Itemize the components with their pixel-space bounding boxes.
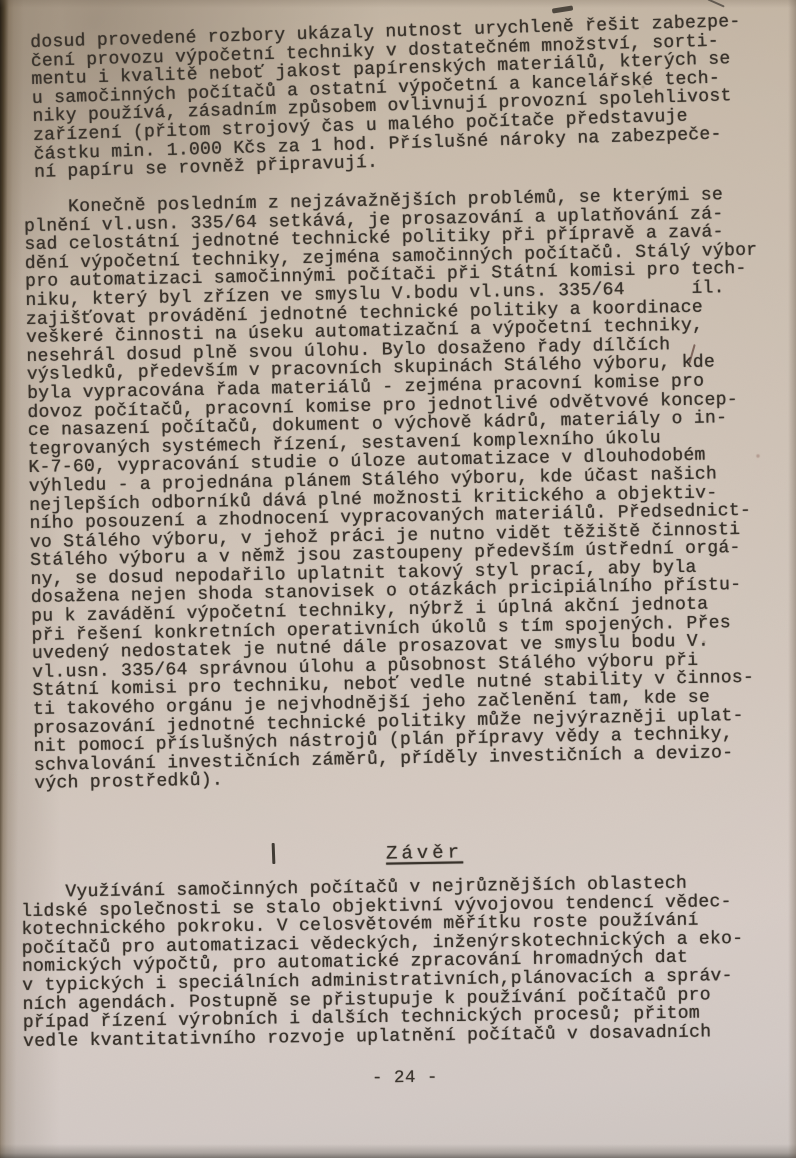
stray-vertical-bar-mark — [272, 843, 276, 864]
page-top-edge-shadow — [0, 0, 796, 8]
page-number: - 24 - — [372, 1068, 438, 1089]
paragraph-conclusion: Využívání samočinných počítačů v nejrůzn… — [21, 874, 745, 1051]
page-bottom-edge-shadow — [0, 1144, 796, 1158]
page-right-edge-shadow — [788, 0, 796, 1158]
corner-scratch-mark — [707, 0, 724, 8]
pen-dash-mark-top — [552, 5, 573, 13]
section-heading-zaver: Závěr — [386, 841, 463, 864]
paragraph-top: dosud provedené rozbory ukázaly nutnost … — [30, 13, 745, 183]
paragraph-main: Konečně posledním z nejzávažnějších prob… — [24, 186, 767, 794]
scanned-typewritten-page: dosud provedené rozbory ukázaly nutnost … — [0, 0, 796, 1158]
paper-dust-specks — [0, 0, 2, 2]
